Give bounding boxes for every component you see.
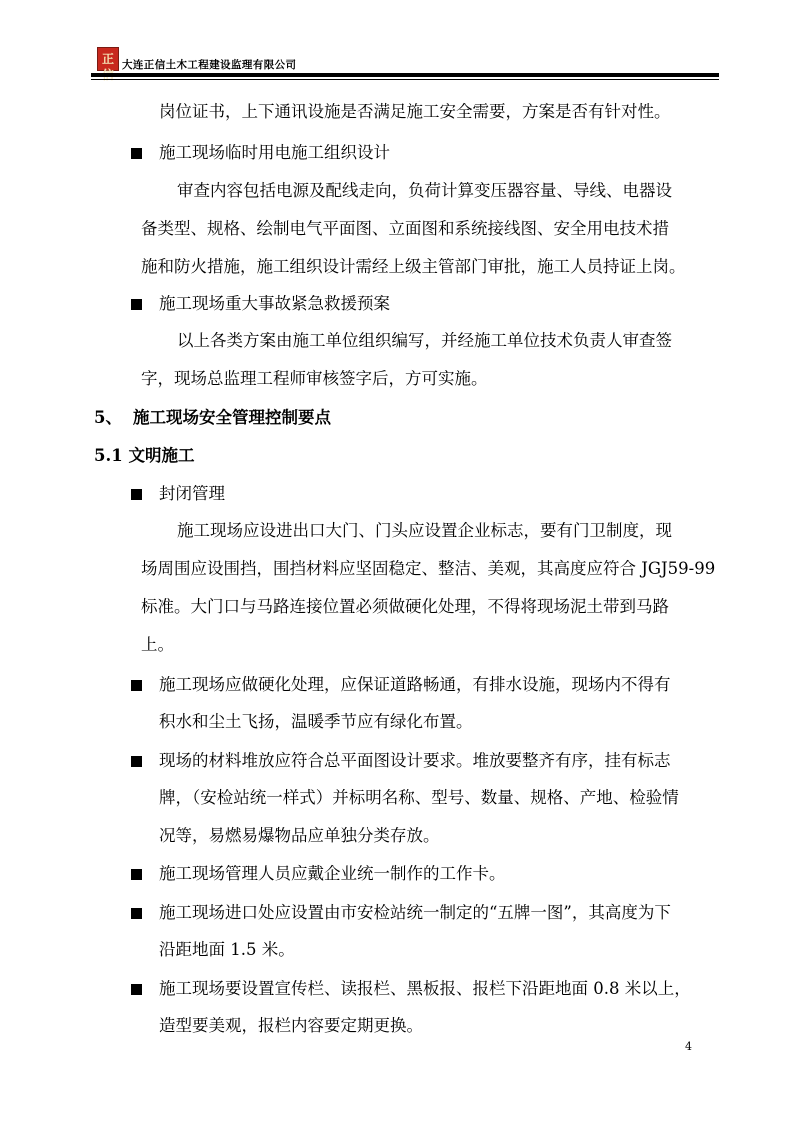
paragraph-line: 积水和尘土飞扬，温暖季节应有绿化布置。: [159, 712, 473, 732]
paragraph-line: 场周围应设围挡，围挡材料应坚固稳定、整洁、美观，其高度应符合 JGJ59-99: [141, 559, 715, 579]
paragraph-line: 牌，（安检站统一样式）并标明名称、型号、数量、规格、产地、检验情: [159, 788, 679, 808]
square-bullet-icon: [131, 299, 142, 310]
bullet-item-text: 施工现场进口处应设置由市安检站统一制定的“五牌一图”，其高度为下: [159, 903, 671, 923]
bullet-item-text: 施工现场管理人员应戴企业统一制作的工作卡。: [159, 864, 506, 884]
bullet-item-text: 封闭管理: [159, 484, 225, 504]
logo-text: 正信: [100, 51, 116, 67]
page-number: 4: [685, 1040, 692, 1053]
paragraph-line: 施和防火措施，施工组织设计需经上级主管部门审批，施工人员持证上岗。: [141, 257, 686, 277]
header-rule-thin: [91, 79, 719, 80]
paragraph-line: 造型要美观，报栏内容要定期更换。: [159, 1016, 423, 1036]
section-heading: 5.1 文明施工: [94, 446, 194, 466]
section-heading: 施工现场安全管理控制要点: [133, 408, 331, 428]
bullet-item-text: 施工现场重大事故紧急救援预案: [159, 294, 390, 314]
bullet-item-text: 施工现场临时用电施工组织设计: [159, 143, 390, 163]
paragraph-line: 以上各类方案由施工单位组织编写，并经施工单位技术负责人审查签: [177, 331, 672, 351]
square-bullet-icon: [131, 148, 142, 159]
bullet-item-text: 施工现场应做硬化处理，应保证道路畅通，有排水设施，现场内不得有: [159, 675, 671, 695]
square-bullet-icon: [131, 680, 142, 691]
bullet-item-text: 施工现场要设置宣传栏、读报栏、黑板报、报栏下沿距地面 0.8 米以上，: [159, 979, 691, 999]
paragraph-line: 备类型、规格、绘制电气平面图、立面图和系统接线图、安全用电技术措: [141, 219, 669, 239]
bullet-item-text: 现场的材料堆放应符合总平面图设计要求。堆放要整齐有序，挂有标志: [159, 751, 671, 771]
paragraph-line: 标准。大门口与马路连接位置必须做硬化处理，不得将现场泥土带到马路: [141, 597, 669, 617]
paragraph-line: 岗位证书，上下通讯设施是否满足施工安全需要，方案是否有针对性。: [159, 102, 671, 122]
company-logo-icon: 正信: [97, 47, 119, 71]
paragraph-line: 上。: [141, 635, 174, 655]
square-bullet-icon: [131, 756, 142, 767]
company-name: 大连正信土木工程建设监理有限公司: [122, 57, 296, 72]
paragraph-line: 施工现场应设进出口大门、门头应设置企业标志，要有门卫制度，现: [177, 521, 672, 541]
section-heading: 5、: [94, 408, 122, 428]
header-rule-thick: [91, 73, 719, 77]
paragraph-line: 字，现场总监理工程师审核签字后，方可实施。: [141, 369, 488, 389]
square-bullet-icon: [131, 869, 142, 880]
square-bullet-icon: [131, 489, 142, 500]
paragraph-line: 沿距地面 1.5 米。: [159, 940, 295, 960]
paragraph-line: 审查内容包括电源及配线走向，负荷计算变压器容量、导线、电器设: [177, 181, 672, 201]
paragraph-line: 况等，易燃易爆物品应单独分类存放。: [159, 826, 440, 846]
square-bullet-icon: [131, 984, 142, 995]
square-bullet-icon: [131, 908, 142, 919]
page-header: 正信 大连正信土木工程建设监理有限公司: [91, 47, 719, 87]
